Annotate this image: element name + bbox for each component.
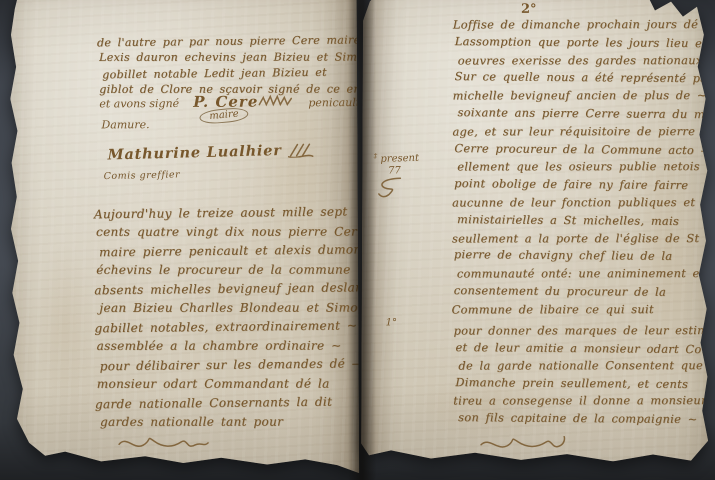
manuscript-line: soixante ans pierre Cerre suerra du même	[457, 104, 715, 124]
margin-note-present: ‡ present 77	[374, 151, 421, 199]
manuscript-line: michelle bevigneuf ancien de plus de ~	[453, 87, 715, 105]
manuscript-line: pour donner des marques de leur estime	[454, 322, 715, 340]
manuscript-line: consentement du procureur de la	[454, 282, 715, 302]
manuscript-photo: de l'autre par par nous pierre Cere mair…	[0, 0, 715, 480]
right-page: 2° Loffise de dimanche prochain jours dé…	[361, 0, 713, 473]
manuscript-line: Cerre procureur de la Commune acto —	[454, 140, 715, 160]
manuscript-line: ministairielles a St michelles, mais	[457, 211, 715, 231]
page-number: 2°	[521, 2, 537, 17]
margin-marker: ‡	[374, 152, 378, 160]
margin-item-1: 1°	[386, 317, 397, 328]
manuscript-line: son fils capitaine de la compaignie ~	[458, 409, 715, 429]
manuscript-line: Dimanche prein seullement, et cents	[455, 374, 715, 394]
body-paragraph-a: Loffise de dimanche prochain jours déLas…	[452, 16, 715, 320]
bottom-flourish-right	[479, 436, 567, 452]
manuscript-line: de la garde nationalle Consentent que	[458, 357, 715, 375]
manuscript-line: Loffise de dimanche prochain jours dé	[453, 16, 715, 34]
margin-paraph-flourish	[376, 176, 407, 199]
manuscript-line: seullement a la porte de l'église de St	[452, 230, 715, 248]
right-page-wrap: 2° Loffise de dimanche prochain jours dé…	[0, 0, 350, 480]
manuscript-line: point obolige de faire ny faire fairre	[454, 175, 715, 195]
manuscript-line: tireu a consegense il donne a monsieur,	[453, 392, 715, 410]
manuscript-line: communauté onté: une animinement et du	[457, 265, 715, 283]
manuscript-line: age, et sur leur réquisitoire de pierre	[452, 123, 715, 141]
manuscript-line: et de leur amitie a monsieur odart Coman…	[455, 339, 715, 359]
manuscript-line: pierre de chavigny chef lieu de la	[454, 246, 715, 266]
manuscript-line: Sur ce quelle nous a été représenté par …	[455, 68, 715, 88]
margin-number: 77	[388, 165, 420, 177]
manuscript-line: ellement que les osieurs publie netois —	[457, 158, 715, 176]
body-paragraph-b: pour donner des marques de leur estimeet…	[453, 322, 715, 429]
margin-word: present	[380, 153, 419, 165]
manuscript-line: Commune de libaire ce qui suit	[452, 301, 715, 319]
manuscript-line: oeuvres exerisse des gardes nationaux.	[458, 52, 715, 70]
manuscript-line: Lassomption que porte les jours lieu et	[455, 33, 715, 53]
manuscript-line: aucunne de leur fonction publiques et	[452, 194, 715, 212]
